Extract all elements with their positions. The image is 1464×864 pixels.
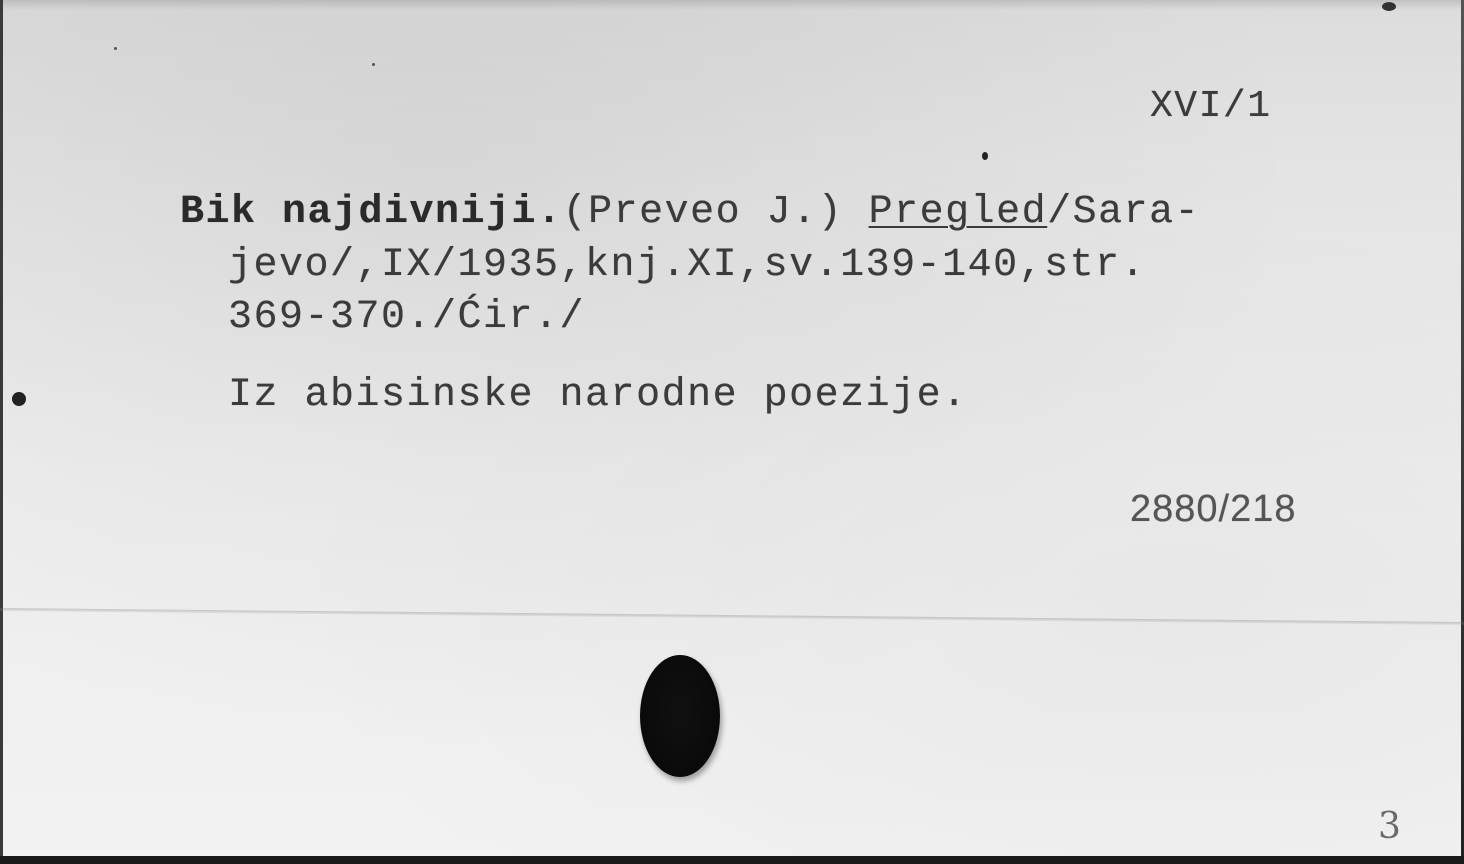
entry-line-3: 369-370./Ćir./ — [228, 298, 585, 338]
card-left-edge — [0, 0, 3, 864]
ink-dot — [982, 152, 988, 160]
ink-dot — [12, 392, 26, 406]
ink-dot — [114, 47, 117, 50]
entry-translator: (Preveo J.) — [563, 190, 844, 235]
punch-hole — [640, 655, 720, 777]
accession-number: 2880/218 — [1130, 490, 1297, 528]
call-number: XVI/1 — [1150, 88, 1272, 126]
ink-dot — [372, 63, 375, 66]
ink-dot — [1382, 2, 1396, 11]
entry-line-1: Bik najdivniji.(Preveo J.) Pregled/Sara- — [180, 193, 1200, 233]
entry-title: Bik najdivniji. — [180, 190, 563, 235]
card-number: 3 — [1378, 806, 1401, 847]
entry-line-2: jevo/,IX/1935,knj.XI,sv.139-140,str. — [228, 246, 1146, 286]
annotation: Iz abisinske narodne poezije. — [228, 376, 968, 416]
catalog-card: XVI/1 Bik najdivniji.(Preveo J.) Pregled… — [0, 0, 1464, 864]
entry-place-start: /Sara- — [1047, 190, 1200, 235]
fold-line — [0, 608, 1464, 625]
card-top-shadow — [0, 0, 1464, 10]
entry-journal: Pregled — [869, 190, 1048, 235]
card-bottom-edge — [0, 856, 1464, 864]
